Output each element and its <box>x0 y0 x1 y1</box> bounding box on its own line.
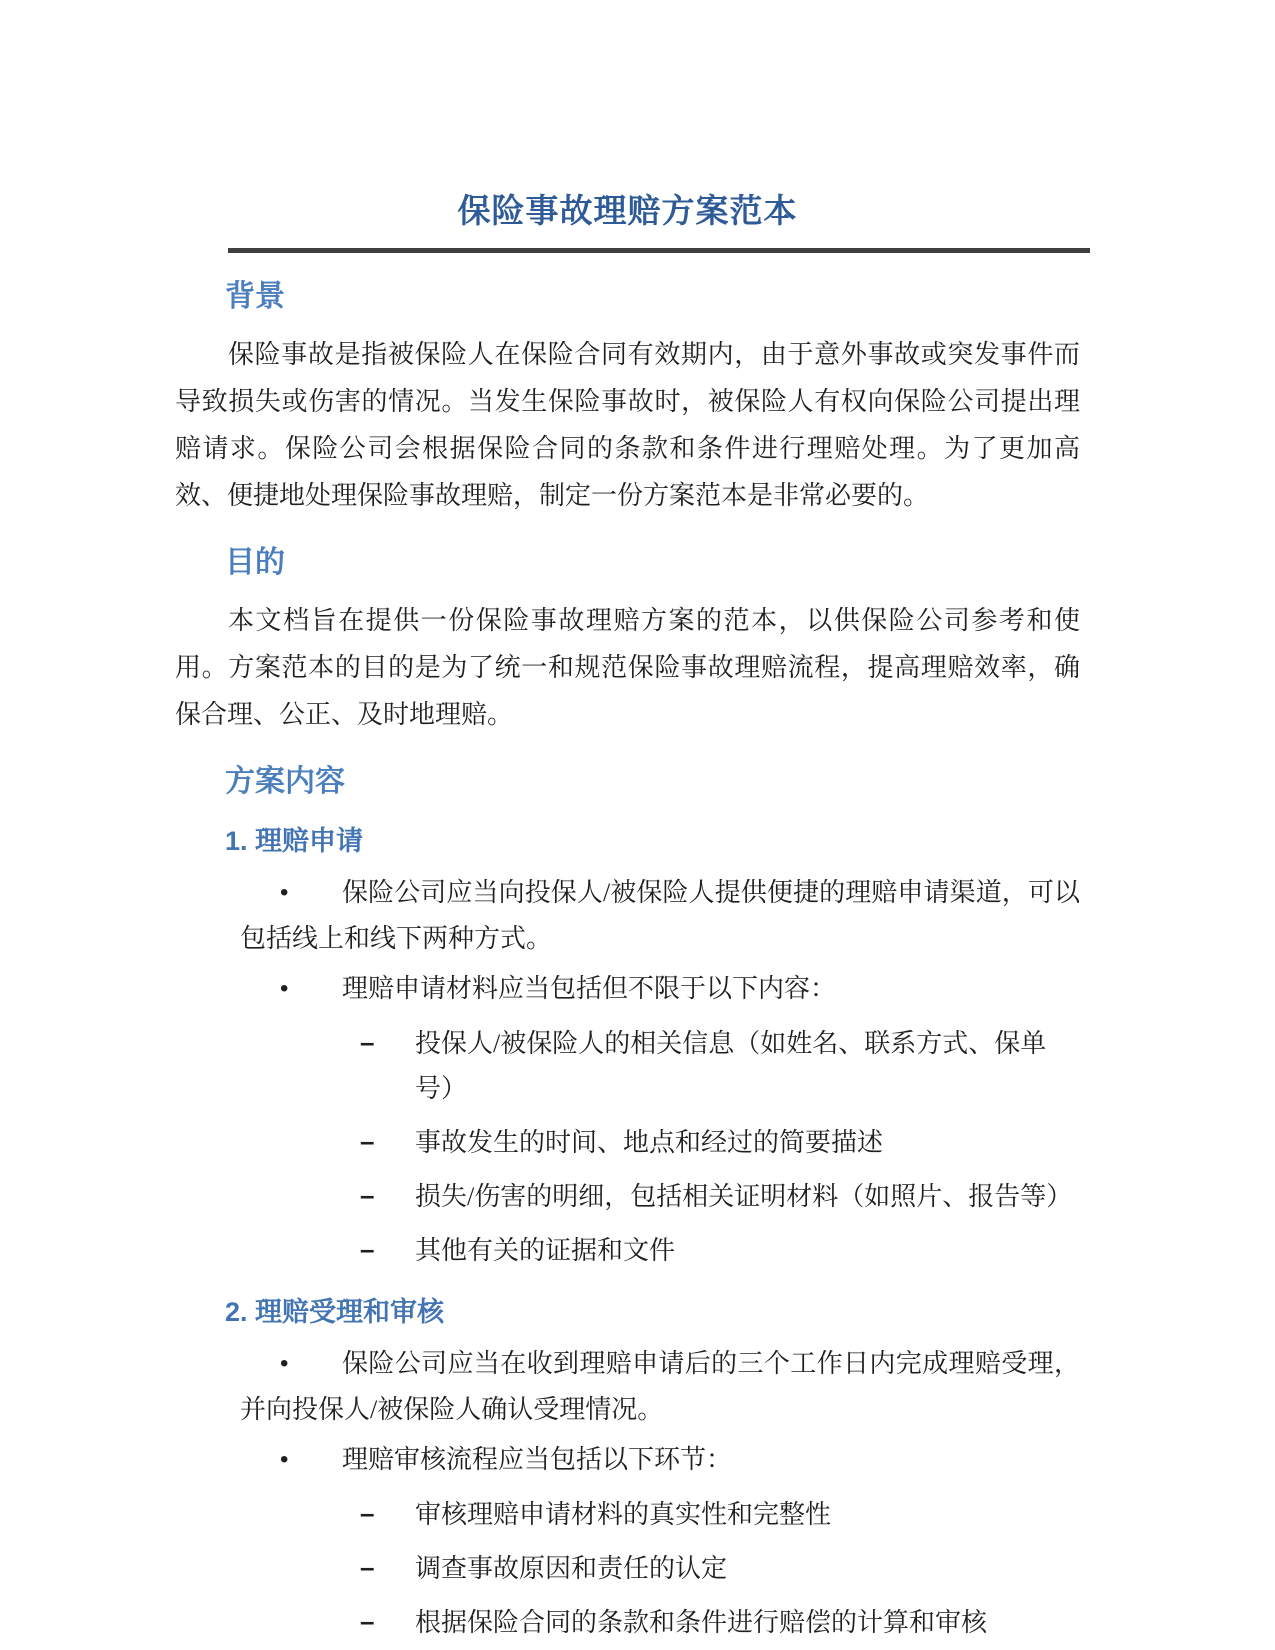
list-item: • 保险公司应当向投保人/被保险人提供便捷的理赔申请渠道，可以包括线上和线下两种… <box>175 870 1080 962</box>
list-item-text: 投保人/被保险人的相关信息（如姓名、联系方式、保单号） <box>415 1029 1046 1103</box>
list-item-text: 保险公司应当在收到理赔申请后的三个工作日内完成理赔受理，并向投保人/被保险人确认… <box>240 1349 1080 1424</box>
list-item: – 根据保险合同的条款和条件进行赔偿的计算和审核 <box>175 1600 1080 1645</box>
claim-review-sublist: – 审核理赔申请材料的真实性和完整性 – 调查事故原因和责任的认定 – 根据保险… <box>175 1492 1080 1645</box>
list-item: – 审核理赔申请材料的真实性和完整性 <box>175 1492 1080 1537</box>
list-item-text: 事故发生的时间、地点和经过的简要描述 <box>415 1128 883 1157</box>
list-item-text: 审核理赔申请材料的真实性和完整性 <box>415 1500 831 1529</box>
paragraph-background: 保险事故是指被保险人在保险合同有效期内，由于意外事故或突发事件而导致损失或伤害的… <box>175 331 1080 519</box>
list-item-text: 理赔申请材料应当包括但不限于以下内容： <box>342 974 836 1003</box>
claim-application-list: • 保险公司应当向投保人/被保险人提供便捷的理赔申请渠道，可以包括线上和线下两种… <box>175 870 1080 1012</box>
subsection-heading-claim-review: 2. 理赔受理和审核 <box>225 1295 1080 1329</box>
document-page: 保险事故理赔方案范本 背景 保险事故是指被保险人在保险合同有效期内，由于意外事故… <box>0 0 1275 1650</box>
list-item: – 其他有关的证据和文件 <box>175 1228 1080 1273</box>
subsection-heading-claim-application: 1. 理赔申请 <box>225 824 1080 858</box>
list-item-text: 理赔审核流程应当包括以下环节： <box>342 1445 732 1474</box>
list-item: – 事故发生的时间、地点和经过的简要描述 <box>175 1120 1080 1165</box>
document-content: 保险事故理赔方案范本 背景 保险事故是指被保险人在保险合同有效期内，由于意外事故… <box>175 0 1080 1645</box>
list-item: • 保险公司应当在收到理赔申请后的三个工作日内完成理赔受理，并向投保人/被保险人… <box>175 1341 1080 1433</box>
dash-icon: – <box>360 1020 374 1065</box>
dash-icon: – <box>360 1599 374 1644</box>
list-item-text: 调查事故原因和责任的认定 <box>415 1554 727 1583</box>
paragraph-purpose: 本文档旨在提供一份保险事故理赔方案的范本，以供保险公司参考和使用。方案范本的目的… <box>175 597 1080 738</box>
section-heading-purpose: 目的 <box>225 543 1080 583</box>
list-item-text: 损失/伤害的明细，包括相关证明材料（如照片、报告等） <box>415 1182 1072 1211</box>
list-item-text: 根据保险合同的条款和条件进行赔偿的计算和审核 <box>415 1608 987 1637</box>
dash-icon: – <box>360 1545 374 1590</box>
bullet-icon: • <box>280 966 288 1012</box>
dash-icon: – <box>360 1491 374 1536</box>
list-item: – 损失/伤害的明细，包括相关证明材料（如照片、报告等） <box>175 1174 1080 1219</box>
document-title: 保险事故理赔方案范本 <box>175 190 1080 232</box>
claim-review-list: • 保险公司应当在收到理赔申请后的三个工作日内完成理赔受理，并向投保人/被保险人… <box>175 1341 1080 1483</box>
bullet-icon: • <box>280 1437 288 1483</box>
list-item: • 理赔申请材料应当包括但不限于以下内容： <box>175 966 1080 1012</box>
bullet-icon: • <box>280 1341 288 1387</box>
bullet-icon: • <box>280 870 288 916</box>
list-item-text: 保险公司应当向投保人/被保险人提供便捷的理赔申请渠道，可以包括线上和线下两种方式… <box>240 878 1080 953</box>
list-item: – 调查事故原因和责任的认定 <box>175 1546 1080 1591</box>
section-heading-background: 背景 <box>225 277 1080 317</box>
title-divider <box>228 248 1090 253</box>
list-item: • 理赔审核流程应当包括以下环节： <box>175 1437 1080 1483</box>
dash-icon: – <box>360 1173 374 1218</box>
section-heading-plan: 方案内容 <box>225 762 1080 802</box>
claim-application-sublist: – 投保人/被保险人的相关信息（如姓名、联系方式、保单号） – 事故发生的时间、… <box>175 1021 1080 1273</box>
list-item: – 投保人/被保险人的相关信息（如姓名、联系方式、保单号） <box>175 1021 1080 1111</box>
dash-icon: – <box>360 1227 374 1272</box>
dash-icon: – <box>360 1119 374 1164</box>
list-item-text: 其他有关的证据和文件 <box>415 1236 675 1265</box>
